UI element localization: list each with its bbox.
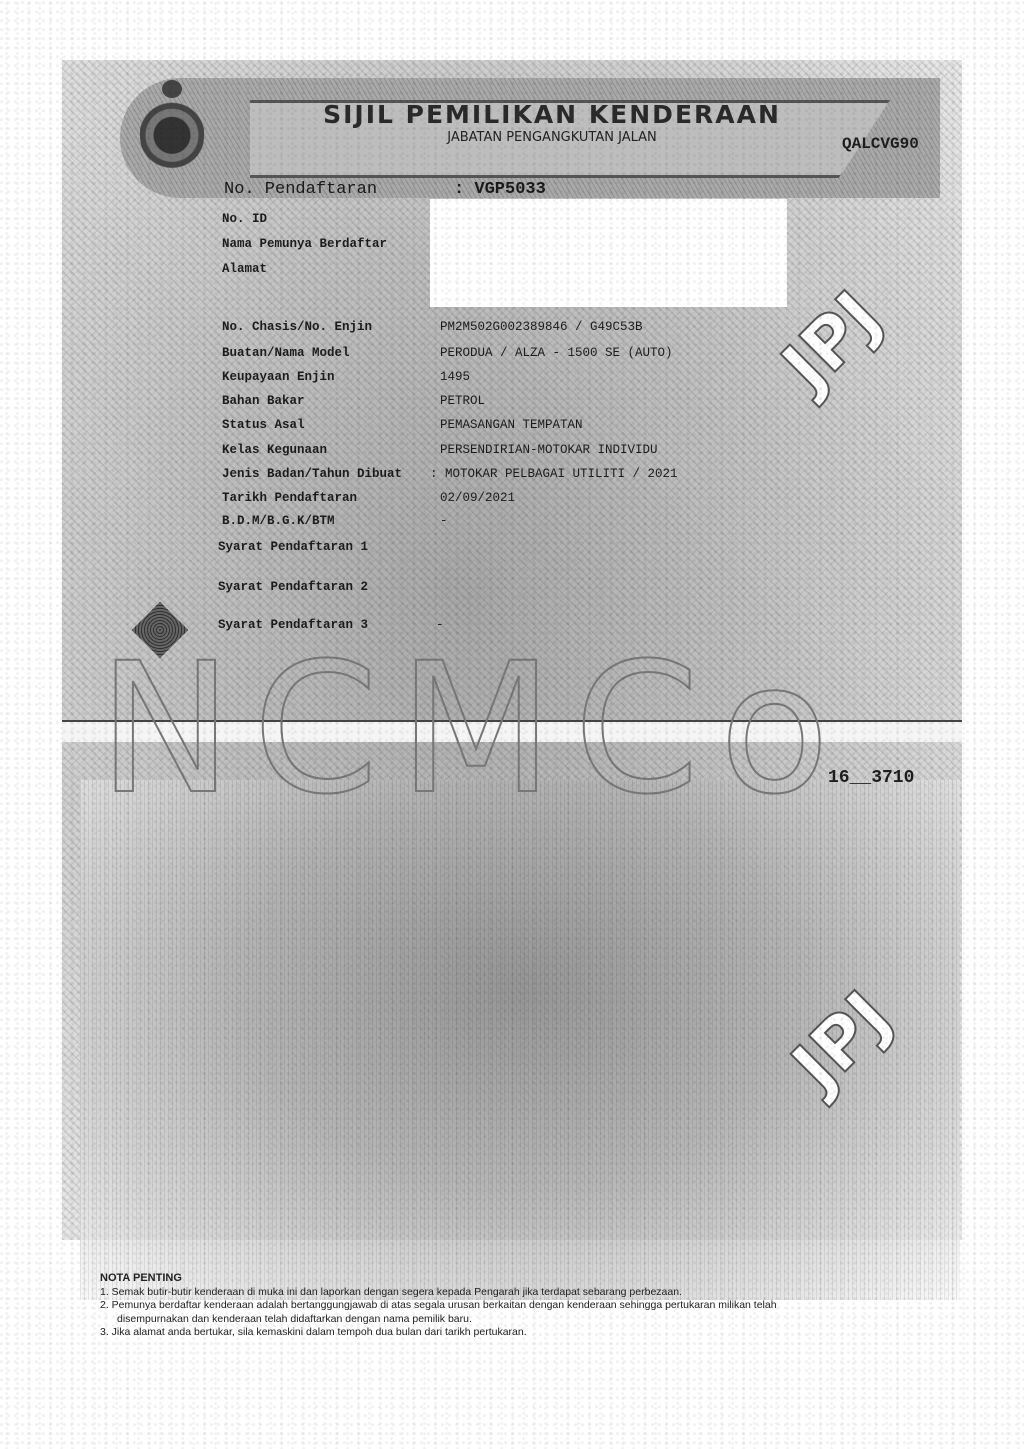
field-fuel: Bahan BakarPETROL	[222, 394, 305, 408]
serial-code: QALCVG90	[842, 135, 919, 153]
registration-number-row: No. Pendaftaran : VGP5033	[224, 180, 377, 199]
field-owner-name: Nama Pemunya Berdaftar	[222, 237, 387, 251]
field-origin-status: Status AsalPEMASANGAN TEMPATAN	[222, 418, 305, 432]
field-registration-date: Tarikh Pendaftaran02/09/2021	[222, 491, 357, 505]
field-id: No. ID	[222, 212, 267, 226]
registration-label: No. Pendaftaran	[224, 180, 377, 199]
field-weight: B.D.M/B.G.K/BTM-	[222, 514, 335, 528]
note-item: 3. Jika alamat anda bertukar, sila kemas…	[100, 1326, 920, 1340]
issuing-authority: JABATAN PENGANGKUTAN JALAN	[272, 130, 832, 145]
field-address: Alamat	[222, 262, 267, 276]
jpj-crest-icon	[140, 88, 204, 174]
note-item: 1. Semak butir-butir kenderaan di muka i…	[100, 1286, 920, 1300]
important-notes: NOTA PENTING 1. Semak butir-butir kender…	[100, 1272, 920, 1340]
field-condition-1: Syarat Pendaftaran 1	[218, 540, 368, 554]
field-condition-2: Syarat Pendaftaran 2	[218, 580, 368, 594]
document-number: 16__3710	[828, 768, 914, 788]
field-chassis-engine: No. Chasis/No. EnjinPM2M502G002389846 / …	[222, 320, 372, 334]
note-item-continued: disempurnakan dan kenderaan telah didaft…	[100, 1313, 920, 1327]
redacted-owner-details	[430, 199, 787, 307]
note-item: 2. Pemunya berdaftar kenderaan adalah be…	[100, 1299, 920, 1313]
registration-value: : VGP5033	[454, 180, 546, 199]
notes-title: NOTA PENTING	[100, 1272, 920, 1286]
document-title: SIJIL PEMILIKAN KENDERAAN	[272, 100, 832, 129]
field-engine-capacity: Keupayaan Enjin1495	[222, 370, 335, 384]
field-body-type-year: Jenis Badan/Tahun Dibuat: MOTOKAR PELBAG…	[222, 467, 402, 481]
field-make-model: Buatan/Nama ModelPERODUA / ALZA - 1500 S…	[222, 346, 350, 360]
ncmco-watermark: NCMCo	[98, 640, 898, 820]
field-usage-class: Kelas KegunaanPERSENDIRIAN-MOTOKAR INDIV…	[222, 443, 327, 457]
